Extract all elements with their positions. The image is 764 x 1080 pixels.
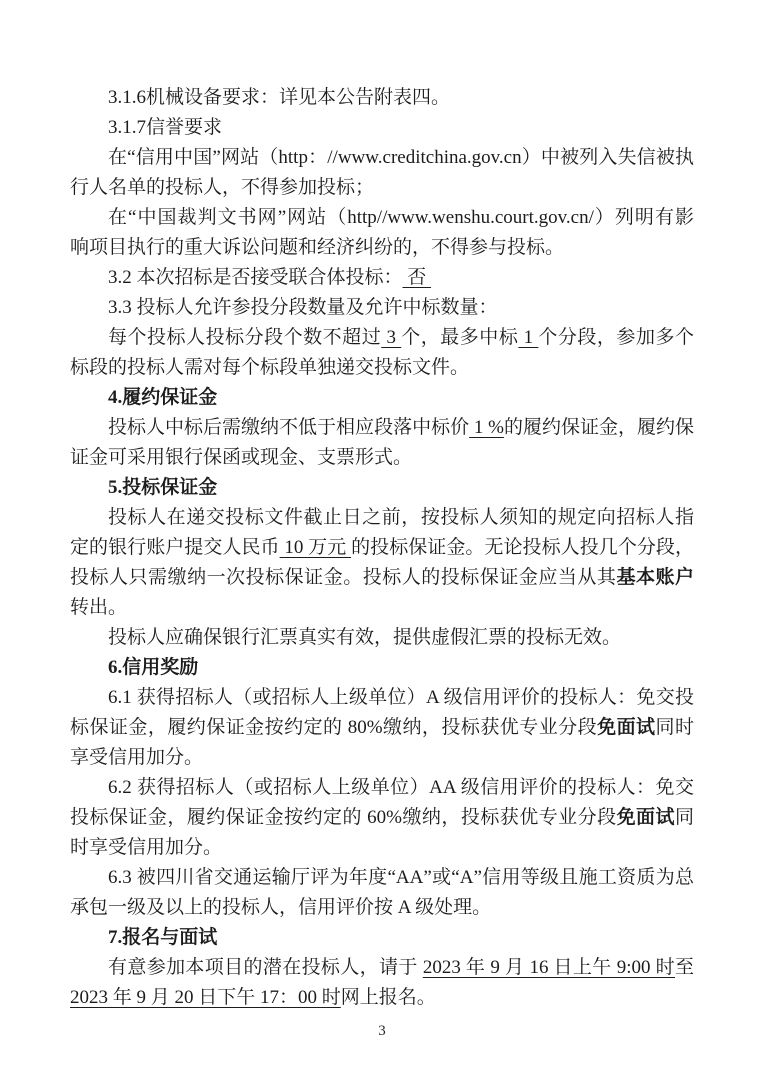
text-segment: 至 — [675, 957, 694, 978]
clause-wenshu: 在“中国裁判文书网”网站（http//www.wenshu.court.gov.… — [70, 203, 694, 263]
clause-6-3: 6.3 被四川省交通运输厅评为年度“AA”或“A”信用等级且施工资质为总承包一级… — [70, 863, 694, 923]
clause-6-1: 6.1 获得招标人（或招标人上级单位）A 级信用评价的投标人：免交投标保证金，履… — [70, 683, 694, 773]
heading-text: 7.报名与面试 — [108, 927, 217, 948]
text-segment: 网上报名。 — [341, 987, 436, 1008]
clause-3-1-6: 3.1.6机械设备要求：详见本公告附表四。 — [70, 83, 694, 113]
emphasis-no-interview: 免面试 — [617, 807, 675, 828]
text-segment: 6.3 被四川省交通运输厅评为年度“AA”或“A”信用等级且施工资质为总承包一级… — [70, 867, 694, 918]
page-footer: 3 — [0, 1022, 764, 1040]
heading-credit-reward: 6.信用奖励 — [70, 653, 694, 683]
document-page: 3.1.6机械设备要求：详见本公告附表四。 3.1.7信誉要求 在“信用中国”网… — [0, 0, 764, 1080]
clause-bank-draft: 投标人应确保银行汇票真实有效，提供虚假汇票的投标无效。 — [70, 623, 694, 653]
clause-credit-china: 在“信用中国”网站（http：//www.creditchina.gov.cn）… — [70, 143, 694, 203]
text-segment: 投标人中标后需缴纳不低于相应段落中标价 — [108, 417, 469, 438]
text-segment: 投标人应确保银行汇票真实有效，提供虚假汇票的投标无效。 — [108, 627, 621, 648]
filled-blank-bond-amount: 10 万元 — [280, 537, 352, 558]
clause-3-3: 3.3 投标人允许参投分段数量及允许中标数量： — [70, 293, 694, 323]
page-number: 3 — [378, 1023, 386, 1039]
clause-3-1-7: 3.1.7信誉要求 — [70, 113, 694, 143]
text-segment: 3.1.7信誉要求 — [108, 117, 222, 138]
heading-performance-bond: 4.履约保证金 — [70, 383, 694, 413]
text-segment: 3.1.6机械设备要求：详见本公告附表四。 — [108, 87, 450, 108]
text-segment: 3.2 本次招标是否接受联合体投标： — [108, 267, 403, 288]
filled-blank-bond-percent: 1 % — [469, 417, 504, 438]
text-segment: 3.3 投标人允许参投分段数量及允许中标数量： — [108, 297, 498, 318]
heading-text: 6.信用奖励 — [108, 657, 198, 678]
text-segment: 个，最多中标 — [401, 327, 518, 348]
emphasis-basic-account: 基本账户 — [616, 567, 694, 588]
filled-blank-end-time: 2023 年 9 月 20 日下午 17：00 时 — [70, 987, 341, 1008]
document-content: 3.1.6机械设备要求：详见本公告附表四。 3.1.7信誉要求 在“信用中国”网… — [70, 83, 694, 1013]
heading-bid-bond: 5.投标保证金 — [70, 473, 694, 503]
filled-blank-max-awards: 1 — [518, 327, 538, 348]
clause-registration-detail: 有意参加本项目的潜在投标人，请于 2023 年 9 月 16 日上午 9:00 … — [70, 953, 694, 1013]
heading-registration-interview: 7.报名与面试 — [70, 923, 694, 953]
text-segment: 每个投标人投标分段个数不超过 — [108, 327, 381, 348]
clause-3-2: 3.2 本次招标是否接受联合体投标： 否 — [70, 263, 694, 293]
text-segment: 有意参加本项目的潜在投标人，请于 — [108, 957, 423, 978]
text-segment: 在“信用中国”网站（http：//www.creditchina.gov.cn）… — [70, 147, 694, 198]
clause-3-3-detail: 每个投标人投标分段个数不超过 3 个，最多中标 1 个分段，参加多个标段的投标人… — [70, 323, 694, 383]
emphasis-no-interview: 免面试 — [597, 717, 655, 738]
filled-blank-max-sections: 3 — [381, 327, 401, 348]
filled-blank-joint-bid: 否 — [403, 267, 432, 288]
clause-performance-bond-detail: 投标人中标后需缴纳不低于相应段落中标价 1 %的履约保证金，履约保证金可采用银行… — [70, 413, 694, 473]
heading-text: 4.履约保证金 — [108, 387, 217, 408]
filled-blank-start-time: 2023 年 9 月 16 日上午 9:00 时 — [423, 957, 675, 978]
text-segment: 在“中国裁判文书网”网站（http//www.wenshu.court.gov.… — [70, 207, 694, 258]
clause-6-2: 6.2 获得招标人（或招标人上级单位）AA 级信用评价的投标人：免交投标保证金，… — [70, 773, 694, 863]
text-segment: 6.2 获得招标人（或招标人上级单位）AA 级信用评价的投标人：免交投标保证金，… — [70, 777, 694, 828]
clause-bid-bond-detail: 投标人在递交投标文件截止日之前，按投标人须知的规定向招标人指定的银行账户提交人民… — [70, 503, 694, 623]
heading-text: 5.投标保证金 — [108, 477, 217, 498]
text-segment: 转出。 — [70, 597, 127, 618]
